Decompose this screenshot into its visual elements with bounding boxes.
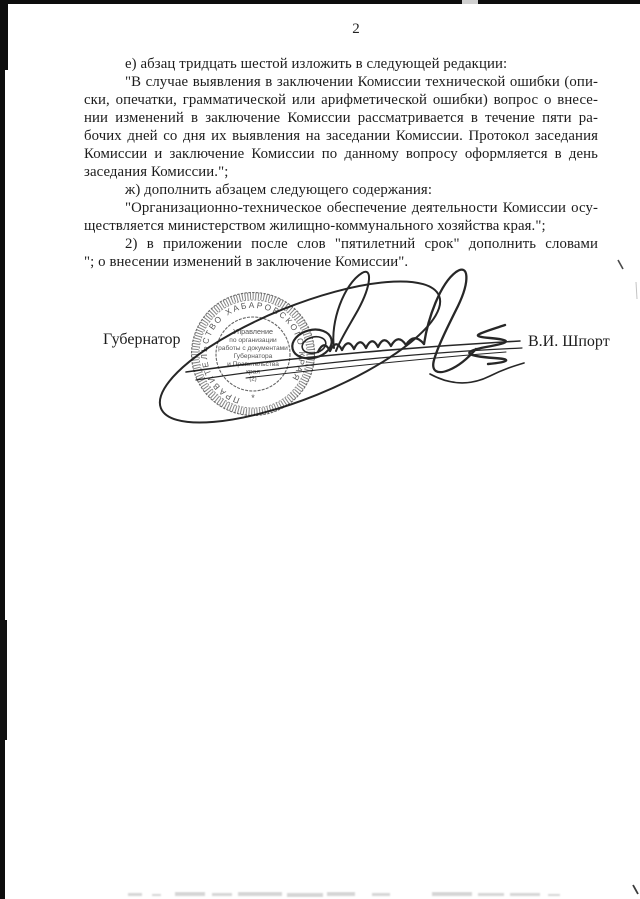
stamp-and-signature-layer: ПРАВИТЕЛЬСТВО ХАБАРОВСКОГО КРАЯ * Управл… <box>0 0 640 899</box>
bleedthrough-smudges <box>128 892 560 897</box>
signature-upstroke-loop <box>333 272 369 351</box>
stray-mark <box>618 260 623 269</box>
stamp-center-line: работы с документами <box>218 344 288 352</box>
stray-mark <box>636 282 637 299</box>
signature-lower-wave <box>430 363 524 383</box>
stamp-star-separator: * <box>251 393 255 403</box>
scan-stray-marks <box>618 260 638 894</box>
handwritten-signature <box>144 253 524 451</box>
stray-mark <box>633 885 638 894</box>
signature-zigzag <box>469 325 506 364</box>
stamp-center-line: Управление <box>233 327 273 336</box>
stamp-center-line: по организации <box>229 337 277 344</box>
stamp-center-line: Губернатора <box>234 352 273 360</box>
scanned-document-page: 2 е) абзац тридцать шестой изложить в сл… <box>0 0 640 899</box>
